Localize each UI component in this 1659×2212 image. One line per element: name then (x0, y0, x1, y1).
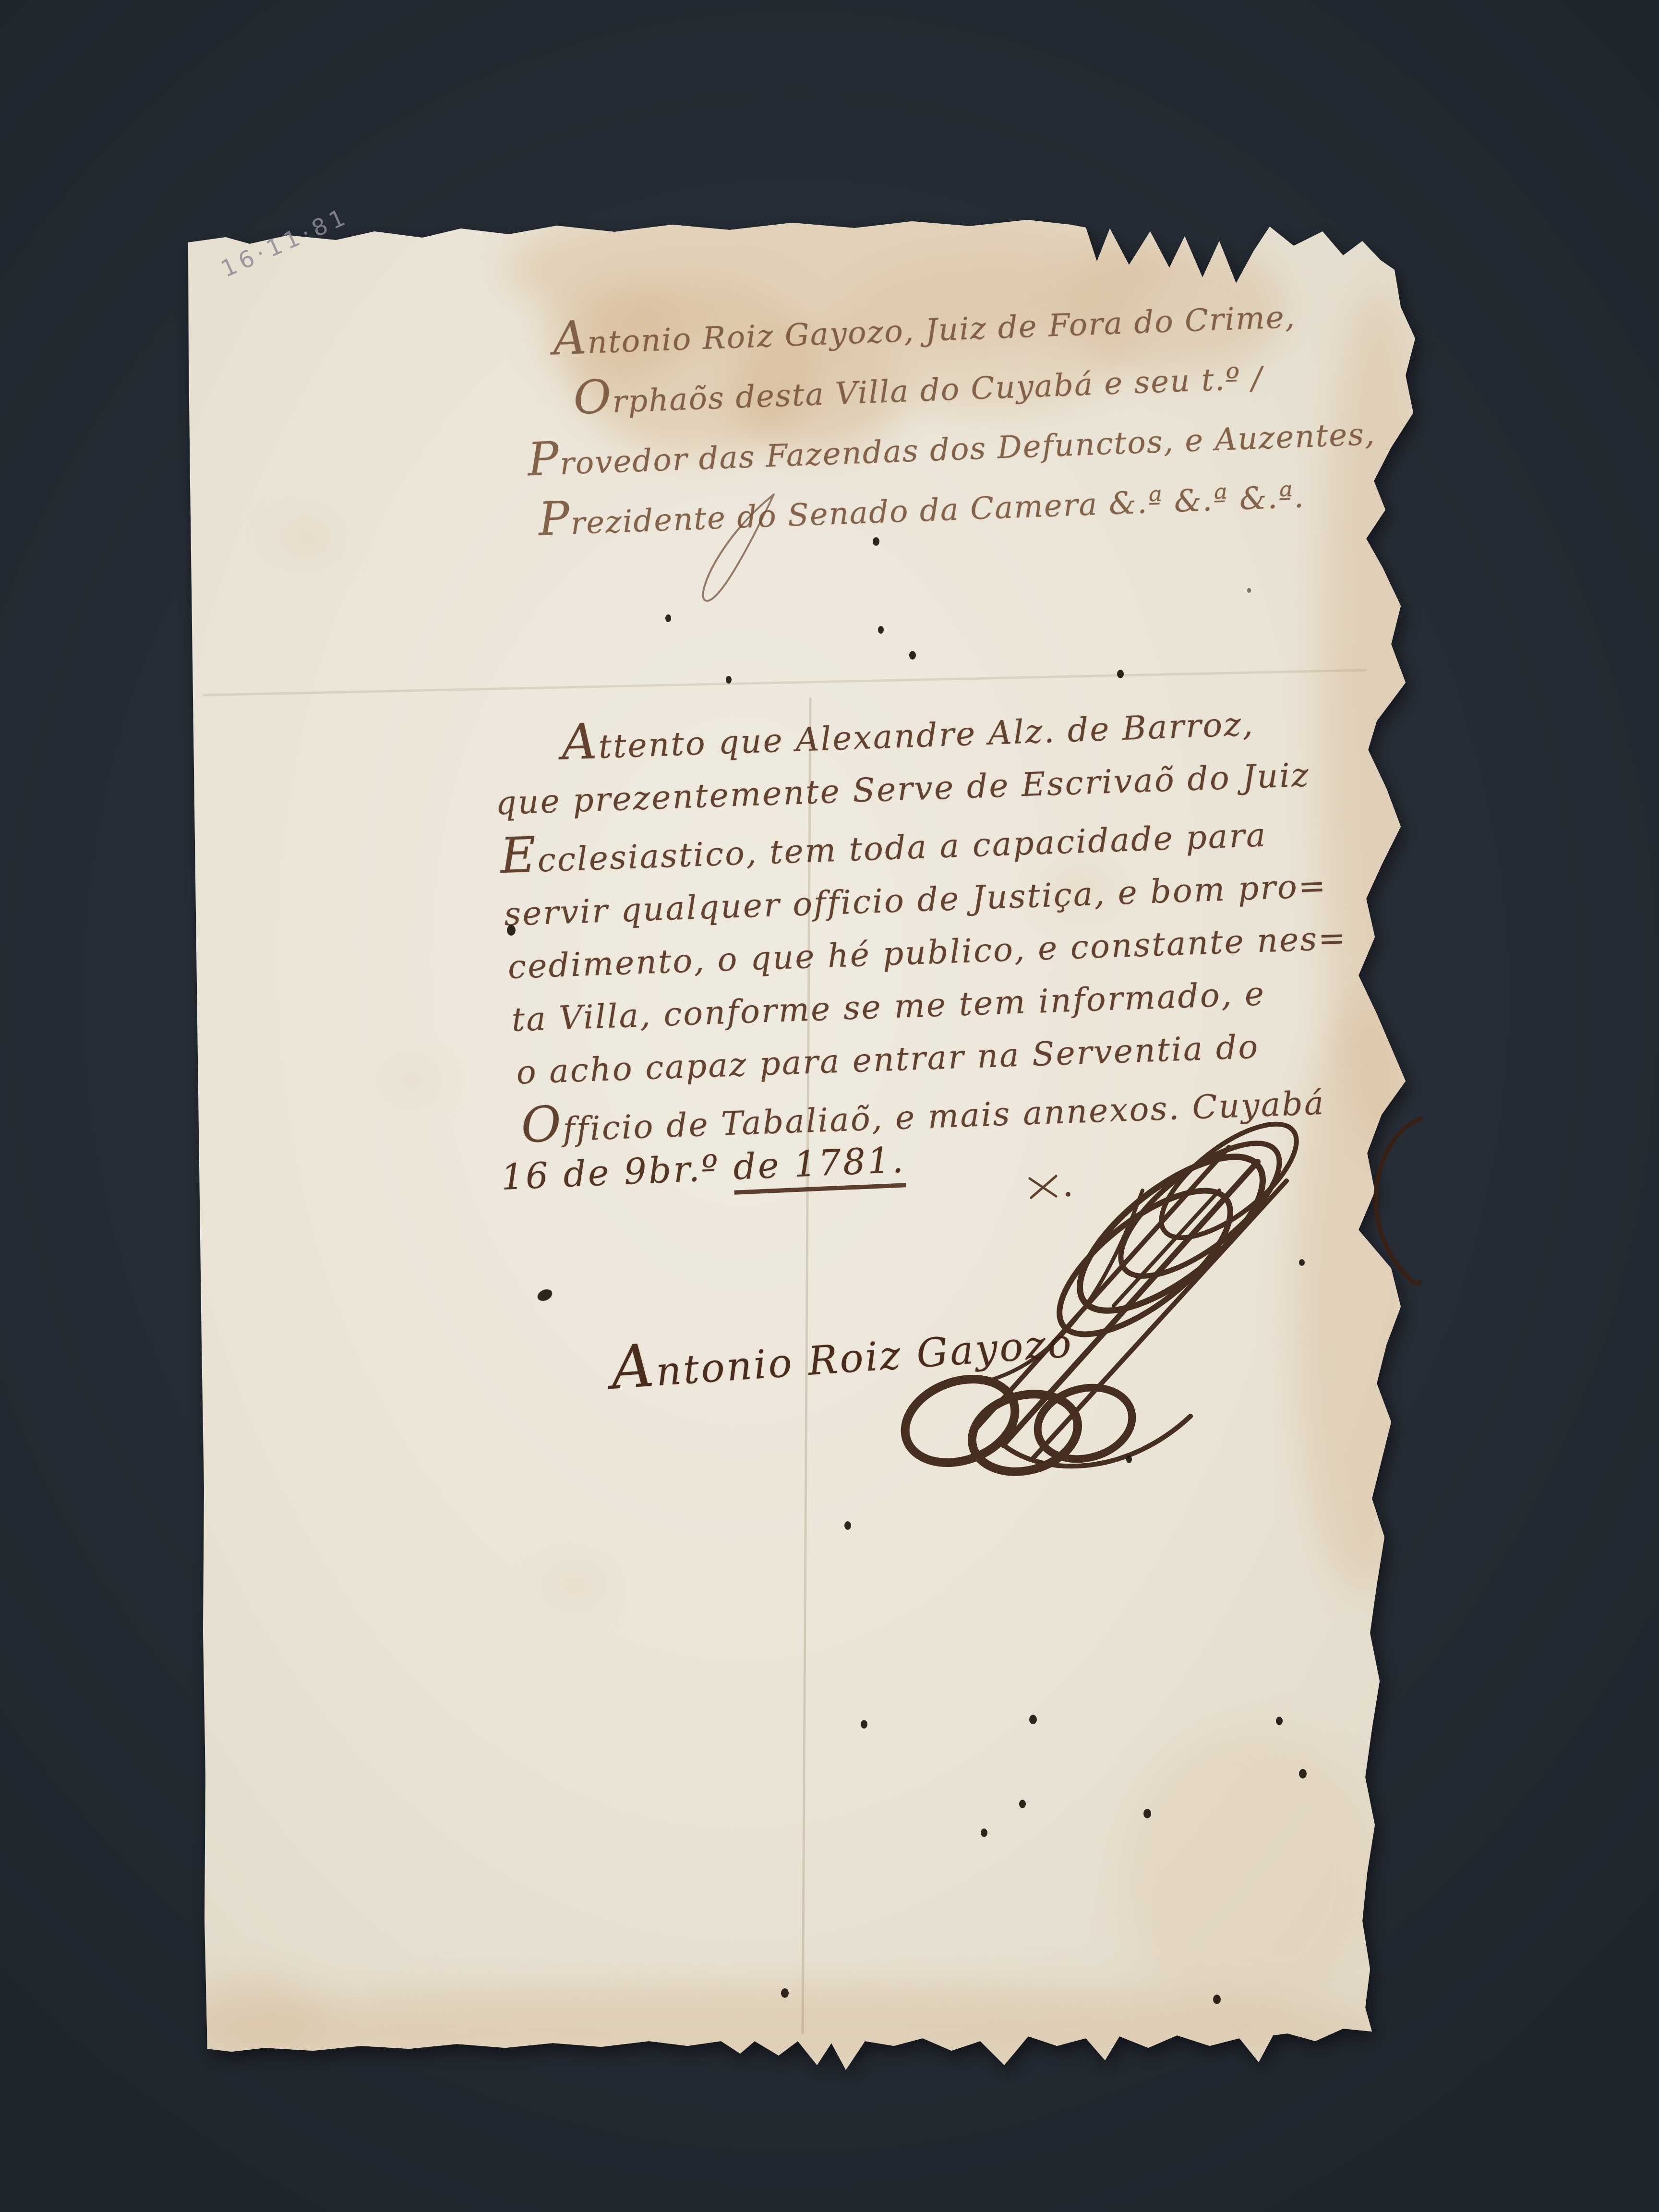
header-block: Antonio Roiz Gayozo, Juiz de Fora do Cri… (518, 282, 1379, 553)
date-underlined: de 1781. (732, 1139, 906, 1195)
body-block: Attento que Alexandre Alz. de Barroz, qu… (489, 689, 1354, 1158)
